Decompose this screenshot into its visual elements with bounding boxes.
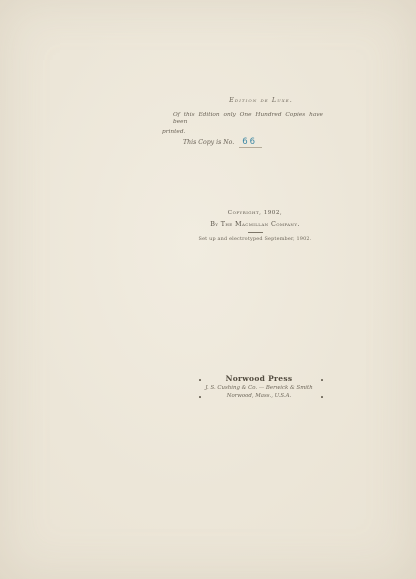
copy-number-label: This Copy is No. <box>183 139 234 146</box>
limitation-text-line1: Of this Edition only One Hundred Copies … <box>173 112 323 126</box>
printer-imprint: Norwood Press J. S. Cushing & Co. — Berw… <box>190 374 328 399</box>
divider-rule <box>248 232 263 233</box>
press-name: Norwood Press <box>190 374 328 383</box>
ornament-dot <box>199 396 201 398</box>
printing-note: Set up and electrotyped September, 1902. <box>183 236 327 242</box>
edition-heading: Edition de Luxe. <box>162 96 323 104</box>
copy-number-stamp: 66 <box>239 138 262 148</box>
copyright-holder: By The Macmillan Company. <box>183 220 327 228</box>
limitation-notice: Edition de Luxe. Of this Edition only On… <box>162 96 323 148</box>
copyright-notice: Copyright, 1902, By The Macmillan Compan… <box>183 210 327 242</box>
copy-number-line: This Copy is No. 66 <box>183 138 323 148</box>
book-page-scan: Edition de Luxe. Of this Edition only On… <box>0 0 416 579</box>
copyright-line: Copyright, 1902, <box>183 210 327 216</box>
press-location: Norwood, Mass., U.S.A. <box>190 393 328 399</box>
ornament-dot <box>321 379 323 381</box>
ornament-dot <box>199 379 201 381</box>
printers-line: J. S. Cushing & Co. — Berwick & Smith <box>190 385 328 391</box>
ornament-dot <box>321 396 323 398</box>
limitation-text-line2: printed. <box>162 129 323 135</box>
